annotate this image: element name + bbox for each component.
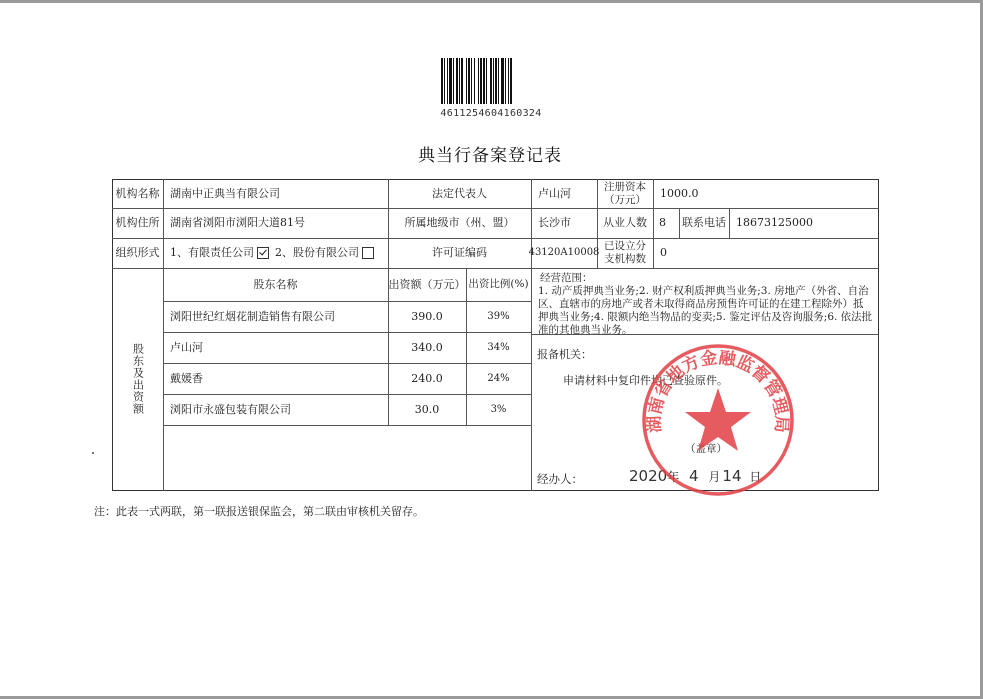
- option-llc-checkbox[interactable]: [257, 247, 269, 259]
- legal-rep-label: 法定代表人: [388, 179, 531, 208]
- table-rule: [163, 425, 531, 426]
- branches-value: 0: [653, 238, 879, 268]
- seal-label: （盖章）: [685, 441, 727, 456]
- ratio-header: 出资比例(%): [466, 268, 531, 301]
- option-joint-stock-checkbox[interactable]: [362, 247, 374, 259]
- shareholder-amount: 340.0: [388, 332, 466, 363]
- date-day: 14: [722, 467, 741, 485]
- capital-label: 注册资本 （万元）: [597, 179, 653, 208]
- license-label: 许可证编码: [388, 238, 531, 268]
- business-scope-label: 经营范围：: [536, 272, 873, 285]
- shareholder-ratio: 39%: [466, 301, 531, 332]
- business-scope: 经营范围： 1. 动产质押典当业务;2. 财产权利质押典当业务;3. 房地产（外…: [533, 270, 876, 334]
- shareholder-ratio: 34%: [466, 332, 531, 363]
- employees-label: 从业人数: [597, 208, 653, 238]
- document-title: 典当行备案登记表: [380, 141, 600, 166]
- shareholder-name: 浏阳世纪红烟花制造销售有限公司: [163, 301, 388, 332]
- capital-label-line2: （万元）: [604, 194, 646, 207]
- option-llc-label: 1、有限责任公司: [170, 246, 254, 259]
- address-value: 湖南省浏阳市浏阳大道81号: [163, 208, 388, 238]
- city-value: 长沙市: [531, 208, 597, 238]
- branches-label: 已设立分 支机构数: [597, 238, 653, 268]
- date-year: 2020: [629, 467, 667, 485]
- barcode: [441, 58, 539, 104]
- name-label: 机构名称: [112, 179, 163, 208]
- shareholder-name: 戴媛香: [163, 363, 388, 394]
- phone-value: 18673125000: [729, 208, 879, 238]
- page-border-top: [0, 0, 983, 3]
- city-label: 所属地级市（州、盟）: [388, 208, 531, 238]
- org-form-label: 组织形式: [112, 238, 163, 268]
- option-joint-stock-label: 2、股份有限公司: [275, 246, 359, 259]
- address-label: 机构住所: [112, 208, 163, 238]
- shareholder-amount: 30.0: [388, 394, 466, 425]
- shareholder-name: 卢山河: [163, 332, 388, 363]
- date-month: 4: [689, 467, 699, 485]
- org-form-options: 1、有限责任公司 2、股份有限公司: [163, 238, 388, 268]
- license-value: 43120A10008: [531, 238, 597, 268]
- barcode-number: 4611254604160324: [432, 108, 550, 119]
- shareholder-name: 浏阳市永盛包装有限公司: [163, 394, 388, 425]
- shareholder-amount: 390.0: [388, 301, 466, 332]
- filing-date: 2020年 4 月14 日: [629, 467, 761, 485]
- amount-header: 出资额（万元）: [388, 268, 466, 301]
- branches-label-line2: 支机构数: [604, 253, 646, 266]
- capital-value: 1000.0: [653, 179, 879, 208]
- employees-value: 8: [653, 208, 679, 238]
- business-scope-text: 1. 动产质押典当业务;2. 财产权利质押典当业务;3. 房地产（外省、自治区、…: [536, 285, 873, 337]
- shareholder-ratio: 24%: [466, 363, 531, 394]
- shareholders-section-label: 股东及出资额: [112, 268, 163, 490]
- legal-rep-value: 卢山河: [531, 179, 597, 208]
- handler-label: 经办人：: [537, 471, 583, 487]
- filing-note: 申请材料中复印件均已查验原件。: [563, 372, 728, 388]
- shareholder-amount: 240.0: [388, 363, 466, 394]
- filing-authority-label: 报备机关：: [537, 346, 592, 362]
- footnote: 注：此表一式两联，第一联报送银保监会，第二联由审核机关留存。: [94, 503, 424, 519]
- shareholder-name-header: 股东名称: [163, 268, 388, 301]
- name-value: 湖南中正典当有限公司: [163, 179, 388, 208]
- branches-label-line1: 已设立分: [604, 240, 646, 253]
- shareholder-ratio: 3%: [466, 394, 531, 425]
- capital-label-line1: 注册资本: [604, 181, 646, 194]
- phone-label: 联系电话: [679, 208, 729, 238]
- scan-speck: [92, 452, 94, 454]
